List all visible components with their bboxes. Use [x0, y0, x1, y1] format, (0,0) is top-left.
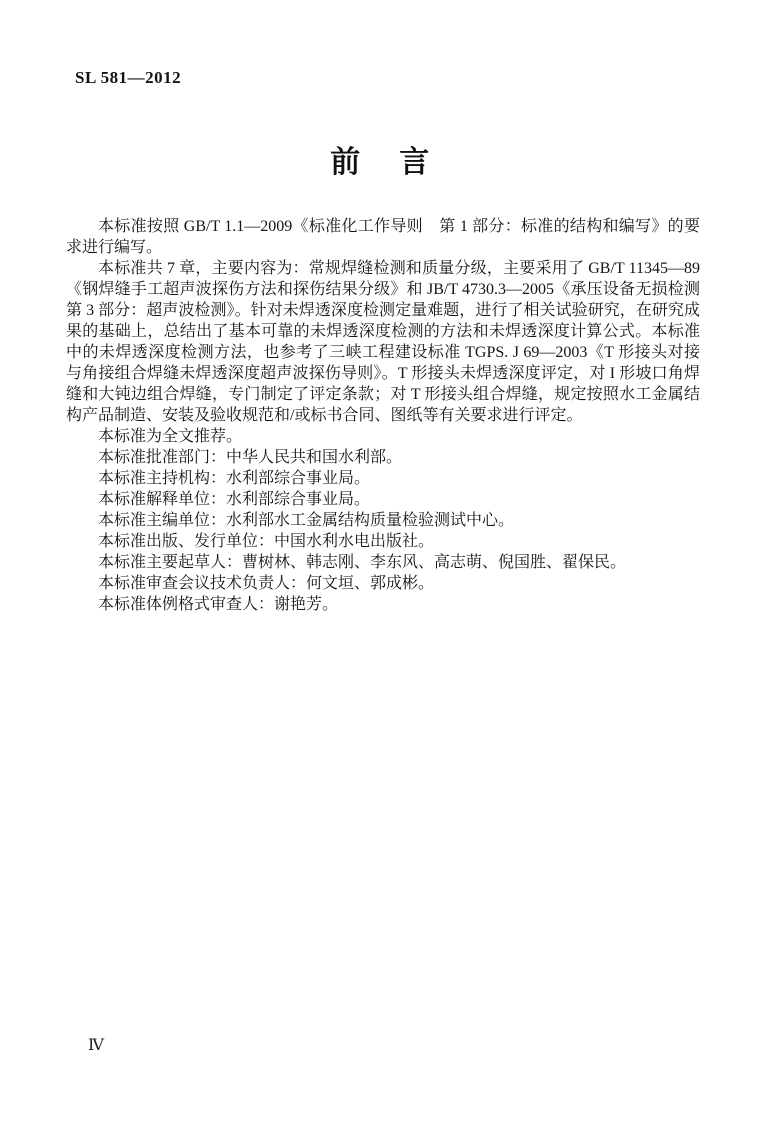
standard-number: SL 581—2012 [75, 68, 181, 88]
paragraph-approval: 本标准批准部门：中华人民共和国水利部。 [66, 447, 700, 468]
document-page: SL 581—2012 前 言 本标准按照 GB/T 1.1—2009《标准化工… [0, 0, 764, 1122]
paragraph-format-check: 本标准体例格式审查人：谢艳芳。 [66, 594, 700, 615]
paragraph-host-org: 本标准主持机构：水利部综合事业局。 [66, 468, 700, 489]
paragraph-drafters: 本标准主要起草人：曹树林、韩志刚、李东风、高志萌、倪国胜、翟保民。 [66, 552, 700, 573]
preface-body: 本标准按照 GB/T 1.1—2009《标准化工作导则 第 1 部分：标准的结构… [66, 216, 700, 615]
paragraph-chief-editor: 本标准主编单位：水利部水工金属结构质量检验测试中心。 [66, 510, 700, 531]
paragraph-contents: 本标准共 7 章，主要内容为：常规焊缝检测和质量分级，主要采用了 GB/T 11… [66, 258, 700, 426]
paragraph-interpreter: 本标准解释单位：水利部综合事业局。 [66, 489, 700, 510]
paragraph-recommended: 本标准为全文推荐。 [66, 426, 700, 447]
page-title: 前 言 [0, 137, 764, 181]
page-number: Ⅳ [88, 1035, 104, 1055]
paragraph-reviewers: 本标准审查会议技术负责人：何文垣、郭成彬。 [66, 573, 700, 594]
paragraph-intro: 本标准按照 GB/T 1.1—2009《标准化工作导则 第 1 部分：标准的结构… [66, 216, 700, 258]
paragraph-publisher: 本标准出版、发行单位：中国水利水电出版社。 [66, 531, 700, 552]
